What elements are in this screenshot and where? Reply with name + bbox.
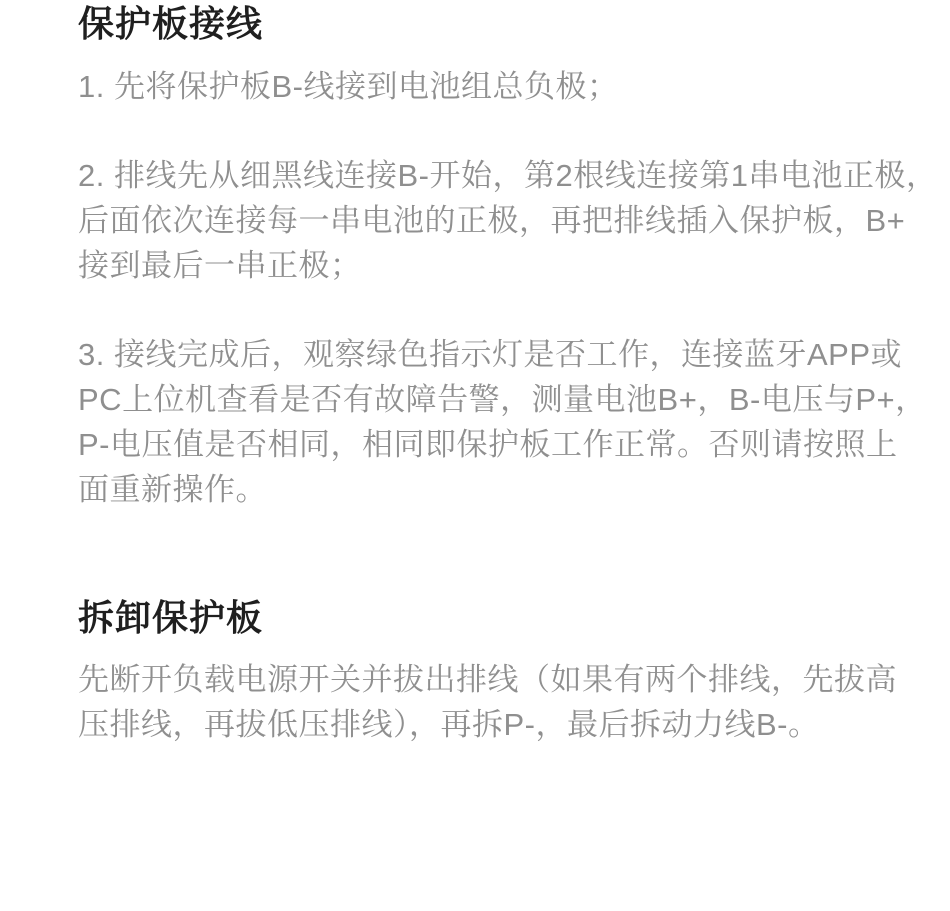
paragraph-line: 1. 先将保护板B-线接到电池组总负极； <box>78 64 880 109</box>
paragraph-line: 压排线，再拔低压排线），再拆P-，最后拆动力线B-。 <box>78 702 880 747</box>
wiring-step-2: 2. 排线先从细黑线连接B-开始，第2根线连接第1串电池正极， 后面依次连接每一… <box>78 153 880 288</box>
paragraph-line: PC上位机查看是否有故障告警，测量电池B+，B-电压与P+， <box>78 377 880 422</box>
paragraph-line: 后面依次连接每一串电池的正极，再把排线插入保护板，B+ <box>78 198 880 243</box>
section-heading-removal: 拆卸保护板 <box>78 596 880 640</box>
section-heading-wiring: 保护板接线 <box>78 2 880 46</box>
paragraph-line: 3. 接线完成后，观察绿色指示灯是否工作，连接蓝牙APP或 <box>78 332 880 377</box>
paragraph-line: 面重新操作。 <box>78 467 880 512</box>
instructions-page: 保护板接线 1. 先将保护板B-线接到电池组总负极； 2. 排线先从细黑线连接B… <box>0 0 950 911</box>
paragraph-line: P-电压值是否相同，相同即保护板工作正常。否则请按照上 <box>78 422 880 467</box>
removal-instructions: 先断开负载电源开关并拔出排线（如果有两个排线，先拔高 压排线，再拔低压排线），再… <box>78 657 880 747</box>
paragraph-line: 2. 排线先从细黑线连接B-开始，第2根线连接第1串电池正极， <box>78 153 880 198</box>
paragraph-line: 先断开负载电源开关并拔出排线（如果有两个排线，先拔高 <box>78 657 880 702</box>
wiring-step-3: 3. 接线完成后，观察绿色指示灯是否工作，连接蓝牙APP或 PC上位机查看是否有… <box>78 332 880 512</box>
paragraph-line: 接到最后一串正极； <box>78 243 880 288</box>
wiring-step-1: 1. 先将保护板B-线接到电池组总负极； <box>78 64 880 109</box>
